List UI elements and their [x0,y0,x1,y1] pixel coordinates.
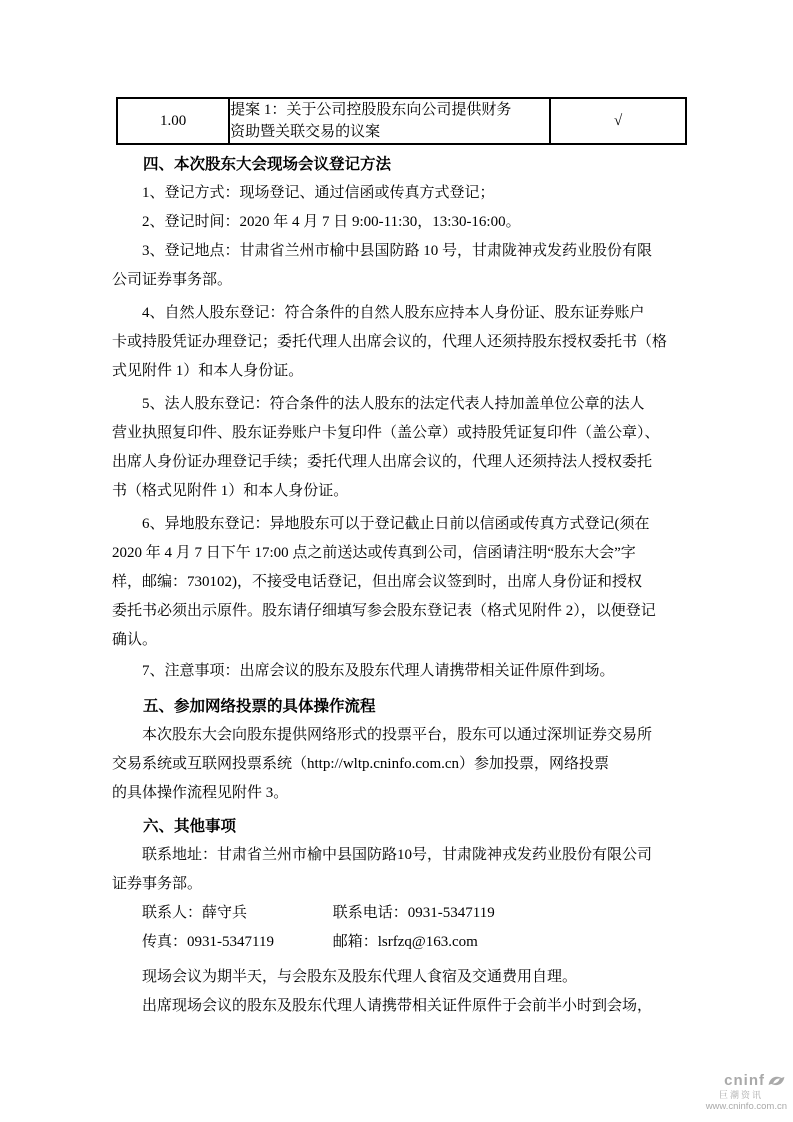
contact-phone: 联系电话：0931-5347119 [333,905,495,921]
meeting-note-1: 现场会议为期半天，与会股东及股东代理人食宿及交通费用自理。 [112,963,689,992]
proposal-code-cell: 1.00 [117,98,229,144]
document-content: 1.00 提案 1：关于公司控股股东向公司提供财务 资助暨关联交易的议案 √ 四… [112,97,689,1021]
registration-item-5: 5、法人股东登记：符合条件的法人股东的法定代表人持加盖单位公章的法人 营业执照复… [112,390,689,506]
contact-row-person-phone: 联系人：薛守兵 联系电话：0931-5347119 [112,899,689,928]
section-heading-online-voting: 五、参加网络投票的具体操作流程 [112,692,689,721]
meeting-note-2: 出席现场会议的股东及股东代理人请携带相关证件原件于会前半小时到会场， [112,992,689,1021]
registration-item-3: 3、登记地点：甘肃省兰州市榆中县国防路 10 号，甘肃陇神戎发药业股份有限 公司… [112,237,689,295]
cninfo-url: www.cninfo.com.cn [695,1102,787,1112]
proposal-table: 1.00 提案 1：关于公司控股股东向公司提供财务 资助暨关联交易的议案 √ [116,97,687,145]
table-row: 1.00 提案 1：关于公司控股股东向公司提供财务 资助暨关联交易的议案 √ [117,98,686,144]
document-page: 1.00 提案 1：关于公司控股股东向公司提供财务 资助暨关联交易的议案 √ 四… [0,0,793,1122]
registration-item-1: 1、登记方式：现场登记、通过信函或传真方式登记； [112,179,689,208]
proposal-title-cell: 提案 1：关于公司控股股东向公司提供财务 资助暨关联交易的议案 [229,98,550,144]
online-voting-paragraph: 本次股东大会向股东提供网络形式的投票平台，股东可以通过深圳证券交易所 交易系统或… [112,721,689,808]
registration-item-7: 7、注意事项：出席会议的股东及股东代理人请携带相关证件原件到场。 [112,657,689,686]
section-heading-registration-method: 四、本次股东大会现场会议登记方法 [112,150,689,179]
contact-fax: 传真：0931-5347119 [142,928,329,957]
proposal-vote-checkmark: √ [550,98,686,144]
contact-address: 联系地址：甘肃省兰州市榆中县国防路10号，甘肃陇神戎发药业股份有限公司 证券事务… [112,841,689,899]
cninfo-swirl-icon [766,1072,787,1089]
cninfo-logo: cninf 巨潮资讯 www.cninfo.com.cn [695,1072,787,1112]
registration-item-4: 4、自然人股东登记：符合条件的自然人股东应持本人身份证、股东证券账户 卡或持股凭… [112,299,689,386]
cninfo-logo-top: cninf [695,1072,787,1089]
cninfo-subtitle: 巨潮资讯 [695,1091,763,1100]
registration-item-6: 6、异地股东登记：异地股东可以于登记截止日前以信函或传真方式登记(须在 2020… [112,510,689,655]
contact-email: 邮箱：lsrfzq@163.com [333,934,478,950]
registration-item-2: 2、登记时间：2020 年 4 月 7 日 9:00-11:30，13:30-1… [112,208,689,237]
cninfo-logo-text: cninf [724,1073,765,1088]
section-heading-other-matters: 六、其他事项 [112,812,689,841]
contact-row-fax-email: 传真：0931-5347119 邮箱：lsrfzq@163.com [112,928,689,957]
contact-person: 联系人：薛守兵 [142,899,329,928]
